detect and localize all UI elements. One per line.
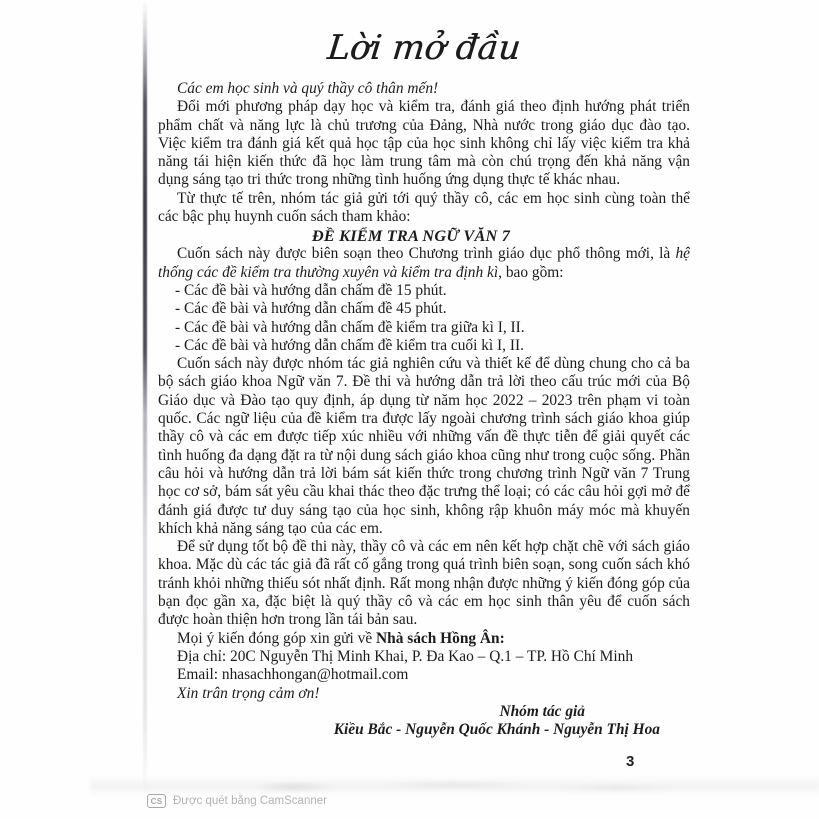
salutation-line: Các em học sinh và quý thầy cô thân mến! (158, 80, 690, 98)
list-item: - Các đề bài và hướng dẫn chấm đề kiểm t… (175, 319, 690, 337)
signoff-authors: Kiều Bắc - Nguyễn Quốc Khánh - Nguyễn Th… (158, 721, 690, 739)
camscanner-cs-icon: CS (147, 794, 166, 808)
list-item: - Các đề bài và hướng dẫn chấm đề 15 phú… (175, 282, 690, 300)
address-line: Địa chỉ: 20C Nguyễn Thị Minh Khai, P. Đa… (158, 648, 690, 666)
watermark-label: Được quét bằng CamScanner (173, 795, 327, 807)
list-item: - Các đề bài và hướng dẫn chấm đề 45 phú… (175, 300, 690, 318)
thanks-line: Xin trân trọng cảm ơn! (158, 685, 690, 703)
scan-shadow-band (90, 776, 819, 796)
exam-types-list: - Các đề bài và hướng dẫn chấm đề 15 phú… (175, 282, 690, 355)
page-number: 3 (626, 753, 634, 770)
paragraph-announce: Từ thực tế trên, nhóm tác giả gửi tới qu… (158, 190, 690, 227)
email-line: Email: nhasachhongan@hotmail.com (158, 666, 690, 684)
paragraph-design: Cuốn sách này được nhóm tác giả nghiên c… (158, 355, 690, 538)
page-content: Lời mở đầu Các em học sinh và quý thầy c… (158, 26, 690, 739)
list-item: - Các đề bài và hướng dẫn chấm đề kiểm t… (175, 337, 690, 355)
book-title-heading: ĐỀ KIỂM TRA NGỮ VĂN 7 (158, 226, 690, 245)
scanned-book-page: Lời mở đầu Các em học sinh và quý thầy c… (0, 0, 819, 819)
page-edge-shadow (143, 0, 147, 794)
paragraph-structure: Cuốn sách này được biên soạn theo Chương… (158, 245, 690, 282)
signoff-role: Nhóm tác giả (158, 703, 690, 721)
paragraph-intro: Đổi mới phương pháp dạy học và kiểm tra,… (158, 98, 690, 189)
camscanner-watermark: CS Được quét bằng CamScanner (147, 794, 327, 808)
feedback-line: Mọi ý kiến đóng góp xin gửi về Nhà sách … (158, 630, 690, 648)
paragraph-usage: Để sử dụng tốt bộ đề thi này, thầy cô và… (158, 538, 690, 629)
page-title: Lời mở đầu (156, 26, 693, 70)
